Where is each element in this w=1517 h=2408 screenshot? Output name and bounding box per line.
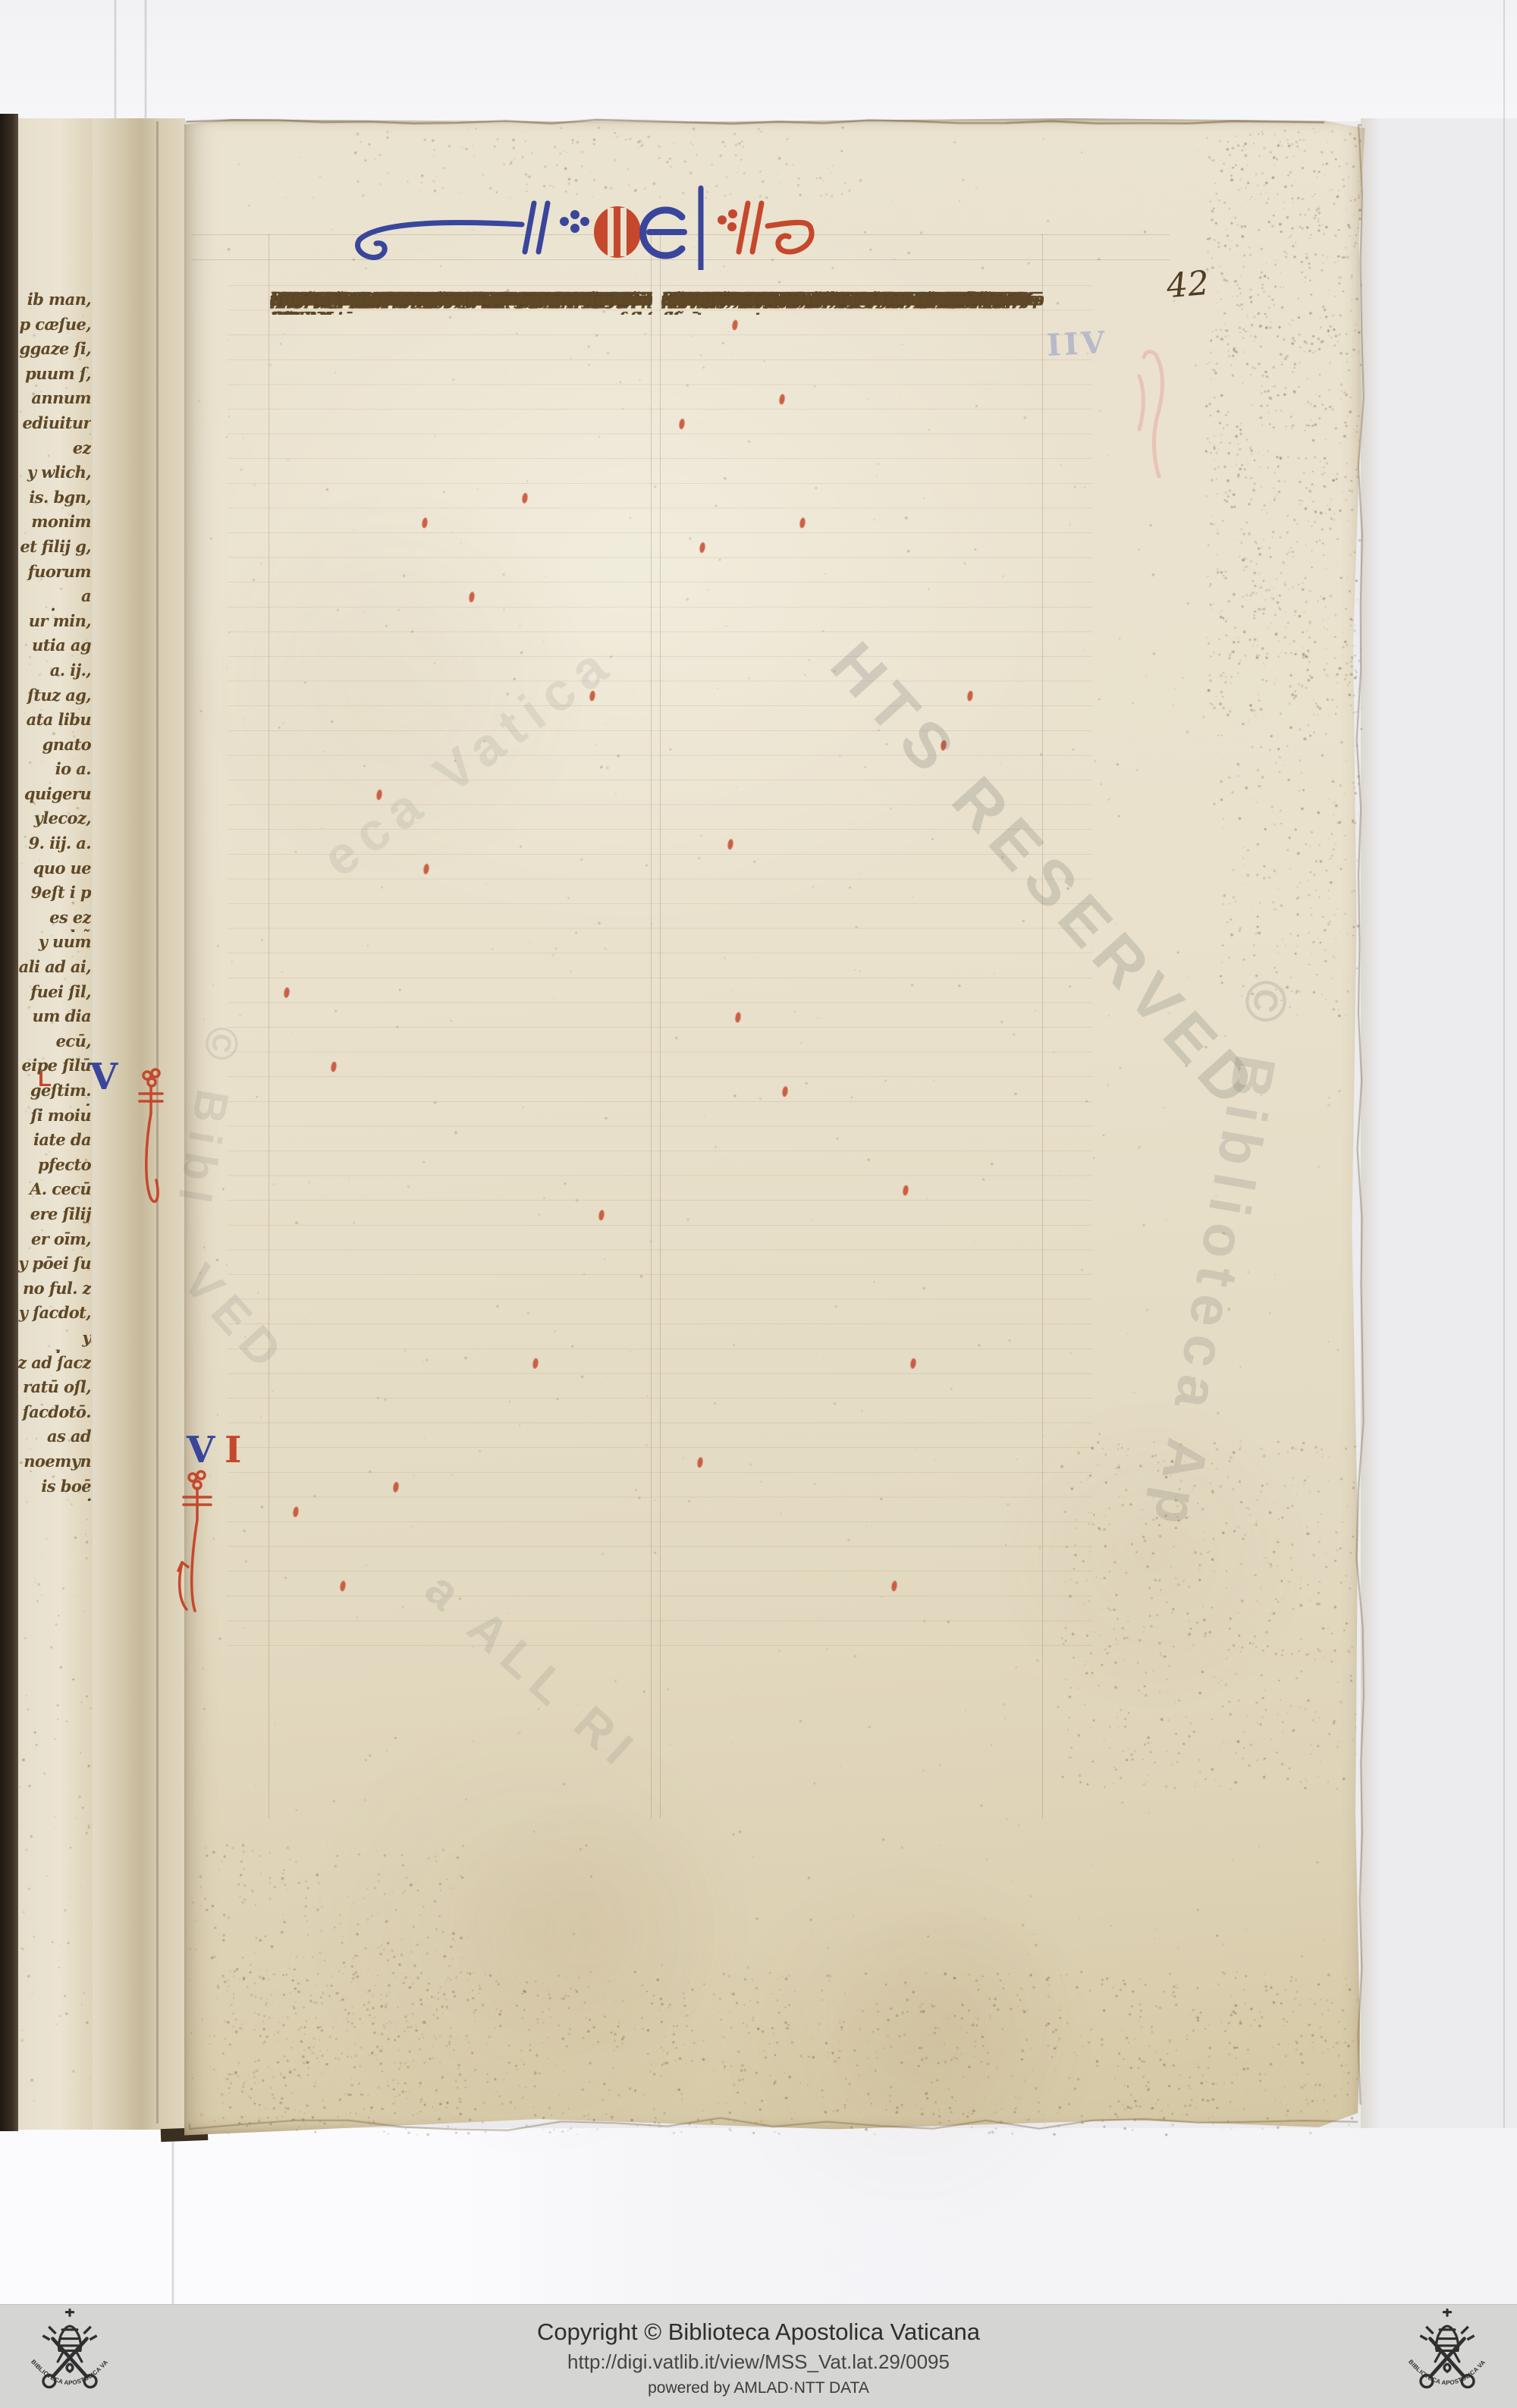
offset-roman-numeral: IIV xyxy=(1046,325,1109,363)
parchment-stain xyxy=(804,1911,1092,2124)
text-line-fragment xyxy=(15,1625,91,1650)
text-line-fragment: ſi moiu xyxy=(15,1106,91,1131)
text-line-fragment: annum xyxy=(15,388,91,413)
text-line-fragment: ere ſilij xyxy=(15,1204,91,1229)
text-line-fragment: is. bgn, xyxy=(15,488,91,513)
footer-copyright: Copyright © Biblioteca Apostolica Vatica… xyxy=(0,2319,1517,2346)
text-line-fragment xyxy=(15,1526,91,1551)
chapter-mark-v: V xyxy=(90,1056,118,1098)
text-line-fragment: ratū oſl, xyxy=(15,1377,91,1402)
text-line-fragment xyxy=(15,1550,91,1575)
text-line-fragment: y uum xyxy=(15,932,91,957)
text-line-fragment: er oīm, xyxy=(15,1229,91,1254)
text-line-fragment: no ful. z xyxy=(15,1279,91,1304)
text-line-fragment: ſtuz ag, xyxy=(15,686,91,711)
text-line-fragment: io a. xyxy=(15,759,91,784)
vatican-library-logo-right: BIBLIOTECA APOSTOLICA VATICANA xyxy=(1397,2306,1497,2406)
chapter-vi-flourish xyxy=(170,1467,223,1618)
footer-powered-by: powered by AMLAD·NTT DATA xyxy=(0,2379,1517,2397)
text-line-fragment: gnato xyxy=(15,735,91,760)
text-line-fragment: quo ue xyxy=(15,859,91,884)
chapter-mark-vi-i: I xyxy=(225,1429,241,1471)
penwork-letter-red xyxy=(594,206,641,258)
page-crease xyxy=(171,2128,174,2306)
text-line-fragment xyxy=(15,1575,91,1600)
footer-url: http://digi.vatlib.it/view/MSS_Vat.lat.2… xyxy=(0,2350,1517,2374)
scan-background-right xyxy=(1361,118,1517,2130)
text-line-fragment: fuorum xyxy=(15,562,91,587)
text-line-fragment: iate da xyxy=(15,1130,91,1155)
text-line-fragment: 9. iij. a. xyxy=(15,834,91,859)
page-crease xyxy=(114,0,117,121)
text-line-fragment: ediuitur xyxy=(15,413,91,438)
text-line-fragment: a quigge, xyxy=(15,586,91,611)
text-line: ent cūctis diebus quibus ex uoto domino … xyxy=(270,290,652,315)
text-line-fragment: ſacdotō. xyxy=(15,1402,91,1427)
penwork-letter-blue xyxy=(643,188,701,270)
manuscript-scan-viewer: 42 IIV V V I ib man,p cæſue,ggaze ſi,pu xyxy=(0,0,1517,2408)
text-line-fragment: fuei ſil, xyxy=(15,982,91,1007)
text-line-fragment: is boē mai xyxy=(15,1477,91,1502)
text-line-fragment: as ad eoz xyxy=(15,1427,91,1452)
column-rule xyxy=(660,234,661,1819)
footer-bar: Copyright © Biblioteca Apostolica Vatica… xyxy=(0,2304,1517,2408)
text-line-fragment: A. cecū xyxy=(15,1179,91,1204)
text-line-fragment: puum ſ, xyxy=(15,364,91,389)
text-line-fragment: ecū, xyxy=(15,1031,91,1056)
scan-edge-line xyxy=(1503,0,1505,2408)
penwork-quatrefoil-red xyxy=(718,209,737,231)
text-line-fragment: y ſacdot, xyxy=(15,1303,91,1328)
text-line-fragment: es ez abñ xyxy=(15,908,91,933)
vatican-library-logo-left: BIBLIOTECA APOSTOLICA VATICANA xyxy=(20,2306,120,2406)
text-line-fragment: ata libu xyxy=(15,710,91,735)
text-line-fragment: ggaze ſi, xyxy=(15,339,91,364)
column-rule xyxy=(651,234,652,1819)
backing-pages-top xyxy=(0,0,1517,121)
chapter-mark-vi-v: V xyxy=(187,1429,215,1471)
text-line-fragment: ylecoz, xyxy=(15,808,91,834)
backing-pages-bottom xyxy=(0,2128,1517,2306)
text-line-fragment: 9eſt i p xyxy=(15,883,91,908)
text-line-fragment: et filij g, xyxy=(15,537,91,562)
offset-red-flourish xyxy=(1129,347,1189,507)
text-line-fragment: pfecto cog xyxy=(15,1155,91,1180)
chapter-v-flourish xyxy=(133,1066,171,1210)
text-line-fragment: y explano xyxy=(15,1328,91,1353)
column-rule xyxy=(1042,234,1043,1819)
text-line-fragment: y pōei ſu xyxy=(15,1254,91,1279)
text-line-fragment xyxy=(15,1600,91,1625)
text-line: tibi. et miſereatur tui. Cōuertat dñs uu… xyxy=(661,290,1040,315)
text-line-fragment: y wlich, xyxy=(15,463,91,488)
text-line-fragment: monim xyxy=(15,512,91,537)
text-line-fragment: p cæſue, xyxy=(15,315,91,340)
previous-page-text: ib man,p cæſue,ggaze ſi,puum ſ,annumediu… xyxy=(15,290,91,1650)
parchment-stain xyxy=(425,1805,743,2055)
text-line-fragment: ez muen, xyxy=(15,438,91,463)
text-line-fragment: ur min, xyxy=(15,611,91,636)
column-rule xyxy=(269,234,269,1819)
penwork-running-header xyxy=(343,185,828,270)
text-line-fragment xyxy=(15,1501,91,1526)
text-line-fragment: utia ag xyxy=(15,636,91,661)
text-line-fragment: a. ij., xyxy=(15,661,91,686)
text-line-fragment: ib man, xyxy=(15,290,91,315)
text-line-fragment: noemyn xyxy=(15,1452,91,1477)
text-line-fragment: um dia xyxy=(15,1006,91,1031)
folio-number: 42 xyxy=(1165,264,1211,306)
text-line-fragment: quigeru xyxy=(15,784,91,809)
text-line-fragment: eipe ſilū xyxy=(15,1056,91,1081)
text-line-fragment: geſtim. et xyxy=(15,1081,91,1106)
text-line-fragment: z ad ſacz xyxy=(15,1353,91,1378)
text-line-fragment: ali ad ai, xyxy=(15,957,91,982)
page-crease xyxy=(144,0,147,121)
penwork-quatrefoil-blue xyxy=(560,210,589,233)
